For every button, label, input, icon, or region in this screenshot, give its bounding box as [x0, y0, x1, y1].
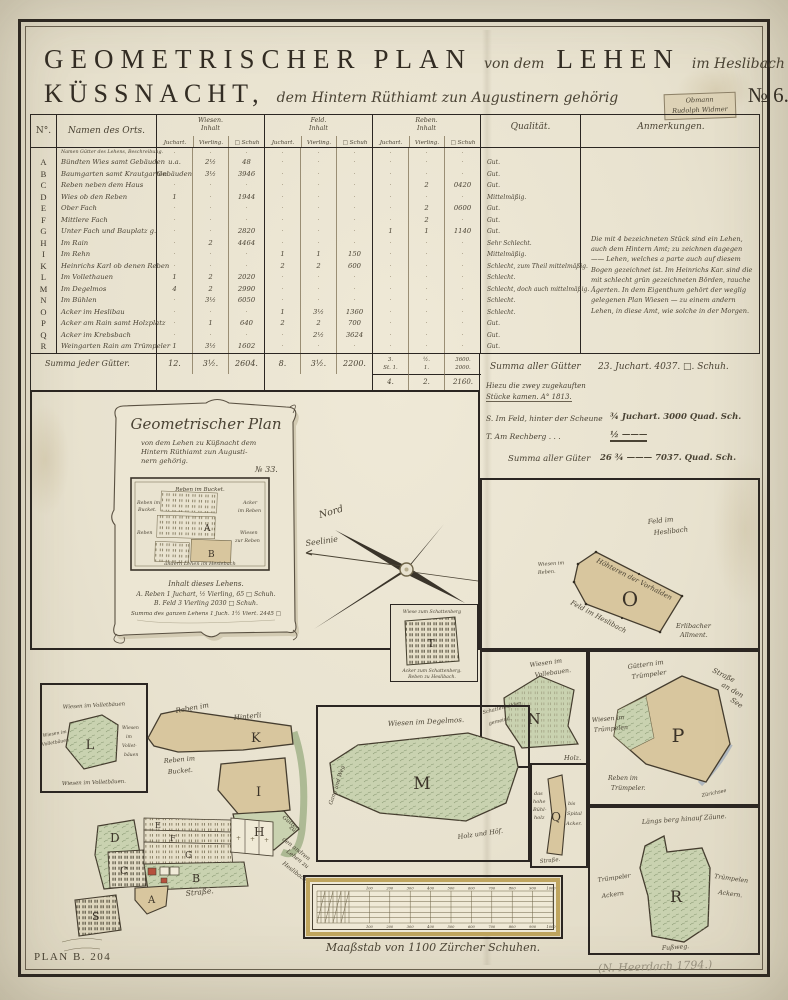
cell-wiesen-schuh	[229, 215, 265, 227]
row-name: Im Degelmos	[57, 284, 157, 296]
inset-label-right-1: Acker	[242, 500, 258, 506]
parcel-n-top-label-1: Wiesen im	[529, 658, 562, 669]
grand-sum-value: 23. Juchart. 4037. □. Schuh.	[598, 362, 729, 372]
cell-reben-vierling	[409, 238, 445, 250]
lake-label: Zürichsee	[700, 788, 727, 799]
inset-label-left-3: Reben	[136, 530, 152, 536]
row-letter: P	[31, 318, 57, 330]
title-caps-kuessnacht: KÜSSNACHT,	[44, 79, 265, 109]
cell-wiesen-vierling: 2	[193, 272, 229, 284]
addition-note-1: Hiezu die zwey zugekauften	[486, 382, 586, 390]
cell-wiesen-vierling	[193, 261, 229, 273]
tick-700: 700	[488, 887, 496, 891]
addition-note-2: Stücke kamen. A° 1813.	[486, 393, 572, 402]
row-letter: G	[31, 226, 57, 238]
sum-reben-juchart: 3. St. 1.	[373, 354, 409, 374]
header-remarks: Anmerkungen.	[581, 115, 761, 147]
tick-500-b: 500	[448, 925, 456, 929]
cell-reben-schuh	[445, 284, 481, 296]
tick-100: 100	[366, 887, 374, 891]
row-name: Mittlere Fach	[57, 215, 157, 227]
cell-reben-schuh	[445, 192, 481, 204]
title-line-1: GEOMETRISCHER PLAN von dem LEHEN im Hesl…	[44, 44, 756, 75]
title-line-2: KÜSSNACHT, dem Hintern Rüthiamt zun Augu…	[44, 79, 756, 119]
inset-letter-a: A	[203, 524, 211, 534]
cell-wiesen-schuh: 4464	[229, 238, 265, 250]
parcel-f-letter: F	[170, 834, 176, 843]
row-letter: B	[31, 169, 57, 181]
header-name: Namen des Orts.	[57, 115, 157, 147]
sum-reben-schuh-top: 3600.	[455, 357, 470, 363]
cell-reben-vierling: 2	[409, 180, 445, 192]
parcel-s-value: ¾ Juchart. 3000 Quad. Sch.	[610, 412, 741, 422]
parcel-r-left-label-2: Ackern	[600, 890, 624, 900]
cell-wiesen-schuh: 1602	[229, 341, 265, 353]
inset-label-bottom: andern Lehen im Heslebach	[164, 561, 235, 567]
table-header: N°. Namen des Orts. Wiesen. Inhalt Jucha…	[30, 114, 760, 148]
row-name: Reben neben dem Haus	[57, 180, 157, 192]
cell-feld-schuh: 600	[337, 261, 373, 273]
cell-feld-vierling	[301, 341, 337, 353]
cell-reben-vierling: 2	[409, 215, 445, 227]
legend-a: A. Reben 1 Juchart, ½ Vierling, 65 □ Sch…	[135, 591, 275, 598]
parcel-p-panel: P Güttern im Trümpeler Straße an den See…	[588, 650, 760, 806]
cell-feld-vierling: 2½	[301, 330, 337, 342]
grand-total-notes: Summa aller Gütter 23. Juchart. 4037. □.…	[480, 354, 760, 478]
grand-sum-label: Summa aller Gütter	[490, 362, 581, 372]
parcel-p-letter: P	[672, 725, 685, 747]
summary-total-row: 4. 2. 2160.	[31, 374, 479, 390]
parcel-e-letter: E	[155, 821, 161, 830]
cell-wiesen-vierling	[193, 180, 229, 192]
parcel-table: N°. Namen des Orts. Wiesen. Inhalt Jucha…	[30, 114, 760, 392]
cell-wiesen-vierling: 2	[193, 284, 229, 296]
cell-feld-vierling	[301, 284, 337, 296]
cell-feld-juchart	[265, 272, 301, 284]
sum-feld-juchart: 8.	[265, 354, 301, 374]
row-letter: C	[31, 180, 57, 192]
row-letter: I	[31, 249, 57, 261]
cell-quality: Gut.	[481, 226, 581, 238]
cell-wiesen-juchart: 4	[157, 284, 193, 296]
sum-reben-juchart-mid: St. 1.	[383, 365, 397, 371]
tick-1000-b: 1000	[546, 925, 556, 929]
parcel-o-right-label-1: Erlibacher	[675, 622, 712, 630]
parcel-t-value: ½ ———	[610, 430, 647, 442]
parcel-q-right-label-3: Acker.	[565, 821, 582, 827]
tick-300: 300	[407, 887, 415, 891]
summary-label: Summa jeder Gütter.	[31, 354, 157, 374]
cell-wiesen-juchart	[157, 261, 193, 273]
cell-reben-juchart	[373, 180, 409, 192]
cell-wiesen-juchart	[157, 180, 193, 192]
cell-reben-schuh	[445, 341, 481, 353]
cell-wiesen-vierling	[193, 226, 229, 238]
cell-reben-schuh: 0420	[445, 180, 481, 192]
cell-feld-juchart: 2	[265, 261, 301, 273]
cell-wiesen-vierling: 3½	[193, 295, 229, 307]
cell-reben-vierling	[409, 341, 445, 353]
cell-reben-juchart	[373, 341, 409, 353]
sum-reben-vierling-top: ½.	[423, 357, 430, 363]
cell-quality: Schlecht.	[481, 295, 581, 307]
feld-schuh-label: □ Schuh	[337, 136, 373, 147]
scalebar-caption: Maaßstab von 1100 Zürcher Schuhen.	[303, 941, 563, 954]
scalebar-panel: 100 200 300 400 500 600 700 800 900 1000…	[303, 875, 563, 939]
tick-200-b: 200	[385, 925, 394, 929]
inset-letter-b: B	[208, 550, 215, 560]
tick-300-b: 300	[407, 925, 415, 929]
parcel-q-road-label: Straße.	[540, 857, 561, 865]
cell-wiesen-vierling: 2½	[193, 157, 229, 169]
sum-feld-vierling: 3½.	[301, 354, 337, 374]
parcel-i-letter: I	[256, 785, 261, 800]
cell-feld-juchart: 1	[265, 307, 301, 319]
parcel-r-letter: R	[670, 887, 683, 906]
cell-quality: Gut.	[481, 203, 581, 215]
sum-reben-schuh-mid: 2000.	[455, 365, 470, 371]
parcel-q-panel: Q das hohe Bühl- holz bis Spital Acker. …	[530, 763, 588, 868]
cell-feld-schuh	[337, 192, 373, 204]
row-letter: O	[31, 307, 57, 319]
cell-wiesen-schuh: 640	[229, 318, 265, 330]
cell-feld-vierling	[301, 215, 337, 227]
cell-feld-schuh	[337, 272, 373, 284]
cell-reben-juchart	[373, 295, 409, 307]
cell-wiesen-schuh	[229, 249, 265, 261]
parcel-h-letter: H	[254, 825, 264, 839]
cell-feld-juchart	[265, 169, 301, 181]
cell-quality: Gut.	[481, 330, 581, 342]
tick-800-b: 800	[509, 925, 517, 929]
cell-reben-schuh	[445, 295, 481, 307]
cell-feld-vierling: 2	[301, 318, 337, 330]
wiesen-title: Wiesen.	[157, 117, 264, 125]
parcel-q-right-label-2: Spital	[567, 811, 582, 817]
header-group-feld: Feld. Inhalt Juchart. Vierling. □ Schuh	[265, 115, 373, 147]
row-name: Im Rain	[57, 238, 157, 250]
wiesen-subtitle: Inhalt	[157, 125, 264, 133]
cell-wiesen-schuh	[229, 307, 265, 319]
cell-wiesen-vierling	[193, 215, 229, 227]
cell-wiesen-vierling: 1	[193, 318, 229, 330]
title-script-ruethiamt: dem Hintern Rüthiamt zun Augustinern geh…	[277, 90, 619, 106]
cell-quality: Gut.	[481, 318, 581, 330]
cell-quality: Gut.	[481, 215, 581, 227]
cell-reben-schuh	[445, 238, 481, 250]
cell-reben-juchart	[373, 249, 409, 261]
cell-quality: Schlecht.	[481, 307, 581, 319]
cell-wiesen-juchart: u.a.	[157, 157, 193, 169]
parcel-r-map: R Längs berg hinauf Zäune. Trümpeler Ack…	[590, 808, 758, 953]
cell-quality: Schlecht, doch auch mittelmäßig.	[481, 284, 581, 296]
cell-reben-vierling	[409, 284, 445, 296]
row-letter: E	[31, 203, 57, 215]
tick-500: 500	[448, 887, 456, 891]
feld-subcolumns: Juchart. Vierling. □ Schuh	[265, 136, 372, 147]
parcel-t-bottom-label-1: Acker zum Schattenberg.	[401, 668, 462, 674]
parcel-r-top-label: Längs berg hinauf Zäune.	[641, 812, 727, 826]
sum-reben-vierling-mid: 1.	[424, 365, 429, 371]
cell-wiesen-juchart	[157, 318, 193, 330]
cartouche-sub-1: von dem Lehen zu Küßnacht dem	[141, 439, 256, 447]
cell-wiesen-vierling	[193, 203, 229, 215]
parcel-s-letter: S	[92, 910, 100, 923]
row-letter: A	[31, 157, 57, 169]
cell-wiesen-vierling: 3½	[193, 169, 229, 181]
cluster-label-hinterli: Hinterli	[232, 711, 261, 722]
reben-juchart-label: Juchart.	[373, 136, 409, 147]
plan-number: № 6.	[748, 83, 788, 108]
sum-reben-vierling: ½. 1.	[409, 354, 445, 374]
row-name: Im Bühlen	[57, 295, 157, 307]
cell-quality: Schlecht, zum Theil mittelmäßig.	[481, 261, 581, 273]
cell-feld-schuh	[337, 284, 373, 296]
cell-wiesen-juchart	[157, 215, 193, 227]
cell-feld-juchart: 1	[265, 249, 301, 261]
cell-reben-schuh	[445, 307, 481, 319]
cell-feld-juchart	[265, 157, 301, 169]
cell-feld-schuh	[337, 180, 373, 192]
wiesen-juchart-label: Juchart.	[157, 136, 193, 147]
cell-wiesen-juchart	[157, 238, 193, 250]
cell-reben-schuh: 1140	[445, 226, 481, 238]
cell-quality: Gut.	[481, 341, 581, 353]
wiesen-schuh-label: □ Schuh	[229, 136, 265, 147]
header-no: N°.	[31, 115, 57, 147]
cell-feld-vierling	[301, 238, 337, 250]
feld-juchart-label: Juchart.	[265, 136, 301, 147]
tick-800: 800	[509, 887, 517, 891]
cell-feld-schuh	[337, 203, 373, 215]
sum-reben-schuh: 3600. 2000.	[445, 354, 481, 374]
cell-feld-schuh	[337, 157, 373, 169]
sum-wiesen-schuh: 2604.	[229, 354, 265, 374]
cell-wiesen-schuh: 6050	[229, 295, 265, 307]
reben-title: Reben.	[373, 117, 480, 125]
cell-reben-juchart	[373, 284, 409, 296]
row-letter: F	[31, 215, 57, 227]
sum-wiesen-juchart: 12.	[157, 354, 193, 374]
cell-wiesen-juchart: 1	[157, 192, 193, 204]
sum-wiesen-vierling: 3½.	[193, 354, 229, 374]
cell-wiesen-schuh: 1944	[229, 192, 265, 204]
total-reben-juchart: 4.	[373, 374, 409, 390]
cell-feld-schuh: 1360	[337, 307, 373, 319]
parcel-b-letter: B	[192, 872, 200, 885]
row-letter: L	[31, 272, 57, 284]
parcel-t-note: T. Am Rechberg . . .	[486, 432, 561, 441]
cartouche-number: № 33.	[254, 465, 278, 474]
cartouche-parchment: Geometrischer Plan von dem Lehen zu Küßn…	[107, 394, 305, 648]
farm-cluster-map: +++ K I H D C E F G B A S Reben im Hinte…	[58, 690, 338, 970]
svg-text:+: +	[264, 837, 269, 844]
sum-reben-juchart-top: 3.	[388, 357, 393, 363]
cell-reben-juchart	[373, 261, 409, 273]
parcel-t-top-label: Wiese zum Schattenberg	[403, 609, 461, 615]
parcel-r-left-label-1: Trümpeler	[597, 872, 632, 884]
cell-reben-vierling: 2	[409, 203, 445, 215]
cell-feld-vierling	[301, 203, 337, 215]
cell-wiesen-schuh	[229, 180, 265, 192]
title-caps-geometrischer: GEOMETRISCHER	[44, 44, 362, 75]
cell-feld-schuh	[337, 169, 373, 181]
parcel-g-letter: G	[185, 851, 192, 861]
inset-label-top: Reben im Bucket.	[174, 487, 225, 493]
cell-wiesen-vierling	[193, 330, 229, 342]
cell-feld-vierling	[301, 295, 337, 307]
cell-wiesen-juchart: Gebäuden	[157, 169, 193, 181]
tick-700-b: 700	[488, 925, 496, 929]
cell-reben-juchart	[373, 330, 409, 342]
cell-wiesen-vierling: 3½	[193, 341, 229, 353]
cell-reben-juchart	[373, 169, 409, 181]
parcel-q-letter: Q	[551, 810, 561, 824]
cell-wiesen-schuh	[229, 261, 265, 273]
cell-wiesen-juchart	[157, 249, 193, 261]
cell-feld-schuh: 700	[337, 318, 373, 330]
cell-reben-vierling	[409, 169, 445, 181]
cell-reben-schuh	[445, 249, 481, 261]
cell-feld-juchart	[265, 203, 301, 215]
legend-title: Inhalt dieses Lehens.	[167, 580, 243, 588]
cell-quality: Gut.	[481, 169, 581, 181]
grand-total-value: 26 ¾ ——— 7037. Quad. Sch.	[600, 453, 736, 463]
row-letter: D	[31, 192, 57, 204]
parcel-q-right-label-1: bis	[568, 801, 576, 807]
cell-reben-vierling	[409, 330, 445, 342]
row-name: Acker im Krebsbach	[57, 330, 157, 342]
cell-reben-schuh	[445, 272, 481, 284]
row-letter: Q	[31, 330, 57, 342]
total-reben-schuh: 2160.	[445, 374, 481, 390]
tick-100-b: 100	[366, 925, 374, 929]
row-letter: N	[31, 295, 57, 307]
parcel-c-letter: C	[120, 866, 128, 877]
cell-wiesen-juchart: 1	[157, 341, 193, 353]
reben-subtitle: Inhalt	[373, 125, 480, 133]
reben-vierling-label: Vierling.	[409, 136, 445, 147]
cell-quality: Gut.	[481, 180, 581, 192]
tick-600-b: 600	[468, 925, 476, 929]
cell-feld-juchart	[265, 284, 301, 296]
header-group-wiesen: Wiesen. Inhalt Juchart. Vierling. □ Schu…	[157, 115, 265, 147]
reben-schuh-label: □ Schuh	[445, 136, 481, 147]
compass-hub-dot	[405, 568, 409, 572]
reben-subcolumns: Juchart. Vierling. □ Schuh	[373, 136, 480, 147]
tick-200: 200	[385, 887, 394, 891]
inset-label-left-1: Reben im	[136, 500, 161, 506]
row-name: Acker im Heslibau	[57, 307, 157, 319]
row-letter: M	[31, 284, 57, 296]
cell-quality: Mittelmäßig.	[481, 192, 581, 204]
parcel-r-path-label: Fußweg.	[661, 943, 690, 952]
cell-quality: Mittelmäßig.	[481, 249, 581, 261]
cell-reben-vierling	[409, 249, 445, 261]
cell-wiesen-schuh	[229, 203, 265, 215]
parcel-r-right-label-2: Ackern.	[717, 889, 743, 899]
cell-reben-vierling	[409, 307, 445, 319]
title-caps-lehen: LEHEN	[556, 44, 679, 75]
cell-feld-schuh	[337, 238, 373, 250]
stamp-line-1: Obmann	[686, 96, 714, 105]
parcel-a-letter: A	[147, 895, 156, 906]
row-name: Acker am Rain samt Holzplatz	[57, 318, 157, 330]
parcel-s-note: S. Im Feld, hinter der Scheune	[486, 414, 603, 423]
cell-wiesen-vierling: 2	[193, 238, 229, 250]
tick-600: 600	[468, 887, 476, 891]
cell-reben-vierling	[409, 295, 445, 307]
cell-reben-schuh: 0600	[445, 203, 481, 215]
cell-wiesen-schuh: 3946	[229, 169, 265, 181]
row-letter: K	[31, 261, 57, 273]
parcel-t-bottom-label-2: Reben zu Heslibach.	[407, 674, 456, 680]
cell-wiesen-juchart	[157, 226, 193, 238]
cell-quality: Gut.	[481, 157, 581, 169]
cartouche-sub-3: nern gehörig.	[141, 457, 188, 465]
parcel-o-letter: O	[622, 587, 638, 611]
cell-reben-vierling	[409, 318, 445, 330]
table-body: Namen Gütter des Lehens, Beschreibung. A…	[30, 148, 760, 354]
cell-feld-vierling: 3½	[301, 307, 337, 319]
header-group-reben: Reben. Inhalt Juchart. Vierling. □ Schuh	[373, 115, 481, 147]
cell-reben-juchart	[373, 318, 409, 330]
parcel-q-left-label-3: Bühl-	[532, 807, 547, 813]
row-name: Wies ob den Reben	[57, 192, 157, 204]
cell-feld-juchart	[265, 192, 301, 204]
cell-feld-schuh	[337, 295, 373, 307]
cell-wiesen-juchart	[157, 307, 193, 319]
cell-reben-vierling: 1	[409, 226, 445, 238]
parcel-r-right-label-1: Trümpelen	[714, 873, 749, 885]
cell-reben-schuh	[445, 330, 481, 342]
cell-wiesen-juchart	[157, 203, 193, 215]
parcel-p-map: P Güttern im Trümpeler Straße an den See…	[590, 652, 758, 804]
svg-text:+: +	[236, 835, 241, 842]
row-name: Im Vollethauen	[57, 272, 157, 284]
cell-reben-schuh	[445, 157, 481, 169]
cell-wiesen-vierling	[193, 307, 229, 319]
row-name: Im Rehn	[57, 249, 157, 261]
inset-label-right-2: im Reben	[238, 508, 261, 514]
cluster-label-reben-bucket-2: Bucket.	[166, 766, 193, 776]
cell-reben-schuh	[445, 215, 481, 227]
parcel-p-topleft-label-2: Trümpeler	[631, 668, 667, 681]
parcel-q-left-label-4: holz	[534, 815, 545, 821]
tick-1000: 1000	[546, 887, 556, 891]
cell-reben-juchart	[373, 203, 409, 215]
parcel-p-bottom-label-1: Reben im	[607, 775, 638, 782]
cell-reben-juchart	[373, 307, 409, 319]
cell-wiesen-schuh: 2820	[229, 226, 265, 238]
cell-wiesen-juchart	[157, 330, 193, 342]
feld-subtitle: Inhalt	[265, 125, 372, 133]
parcel-n-bottom-label: Holz.	[563, 754, 581, 762]
row-name: Unter Fach und Bauplatz g.	[57, 226, 157, 238]
cell-reben-juchart	[373, 238, 409, 250]
parcel-i-shape	[218, 758, 290, 816]
cartouche-title: Geometrischer Plan	[130, 415, 281, 433]
cartouche-sub-2: Hintern Rüthiamt zun Augusti-	[140, 448, 248, 456]
parcel-p-bottom-label-2: Trümpeler.	[611, 785, 645, 792]
tick-400: 400	[426, 887, 435, 891]
tick-400-b: 400	[426, 925, 435, 929]
cell-reben-vierling	[409, 261, 445, 273]
sum-feld-schuh: 2200.	[337, 354, 373, 374]
cell-feld-vierling: 2	[301, 261, 337, 273]
cell-feld-vierling	[301, 180, 337, 192]
parcel-o-right-label-2: Allment.	[679, 631, 708, 639]
